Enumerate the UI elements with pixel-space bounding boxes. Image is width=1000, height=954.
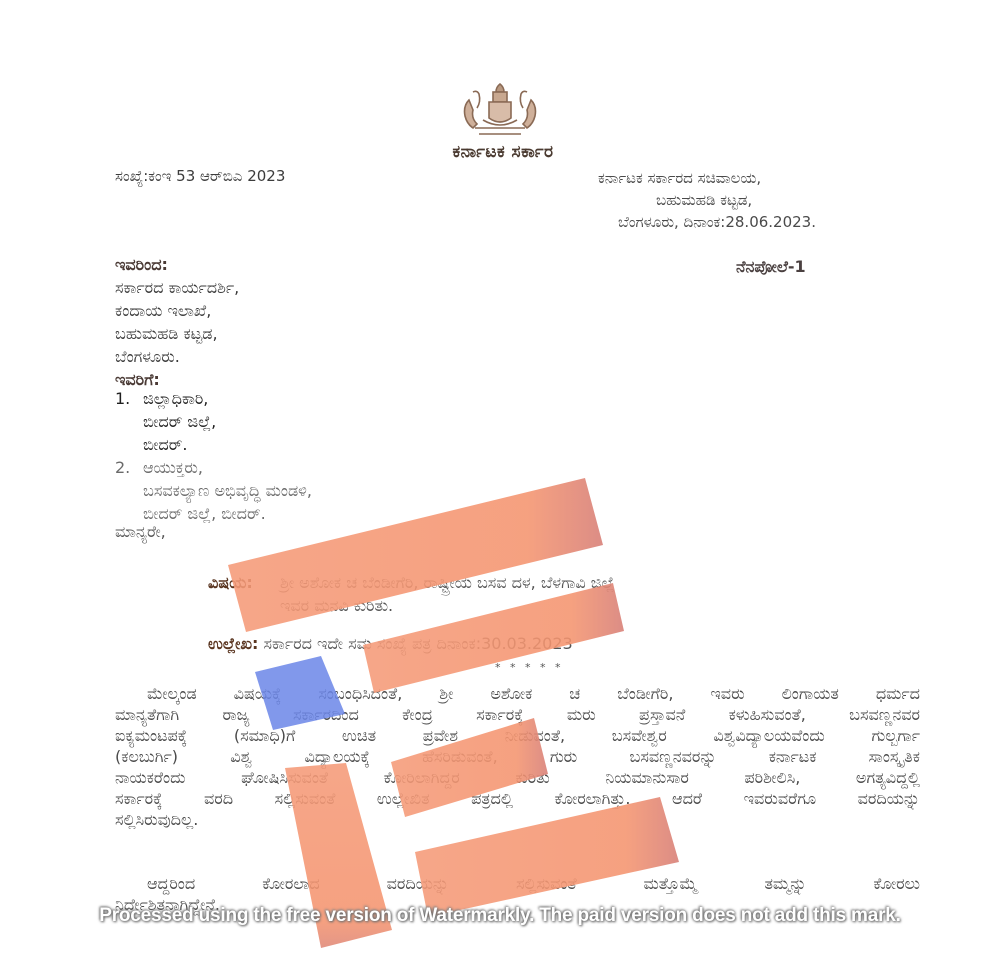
closing-word: ವರದಿಯನ್ನು	[387, 873, 449, 894]
subject-line: ಇವರ ಮನವಿ ಕುರಿತು.	[280, 594, 614, 617]
salutation: ಮಾನ್ಯರೇ,	[115, 522, 166, 542]
body-line: ಮೇಲ್ಕಂಡ ವಿಷಯಕ್ಕೆ ಸಂಬಂಧಿಸಿದಂತೆ, ಶ್ರೀ ಅಶೋಕ…	[115, 683, 920, 704]
address-line: ಬಹುಮಹಡಿ ಕಟ್ಟಡ,	[598, 189, 816, 211]
recipient-line: ಬೀದರ್ ಜಿಲ್ಲೆ, ಬೀದರ್.	[143, 502, 312, 525]
closing-word: ಕೋರಲು	[873, 873, 920, 894]
body-line: ಮಾನ್ಯತೆಗಾಗಿ ರಾಜ್ಯ ಸರ್ಕಾರದಿಂದ ಕೇಂದ್ರ ಸರ್ಕ…	[115, 704, 920, 725]
recipient-item: 1. ಜಿಲ್ಲಾಧಿಕಾರಿ, ಬೀದರ್ ಜಿಲ್ಲೆ, ಬೀದರ್.	[115, 387, 312, 456]
recipient-line: ಬೀದರ್ ಜಿಲ್ಲೆ,	[143, 410, 216, 433]
document-page: ಕರ್ನಾಟಕ ಸರ್ಕಾರ ಸಂಖ್ಯೆ:ಕಂಇ 53 ಆರ್‌ಬಿಎ 202…	[0, 0, 1000, 954]
annexure-label: ನೆನಪೋಲೆ-1	[736, 257, 806, 277]
address-line-date: ಬೆಂಗಳೂರು, ದಿನಾಂಕ:28.06.2023.	[598, 211, 816, 233]
reference-number: ಸಂಖ್ಯೆ:ಕಂಇ 53 ಆರ್‌ಬಿಎ 2023	[115, 167, 285, 185]
from-line: ಕಂದಾಯ ಇಲಾಖೆ,	[115, 299, 239, 322]
closing-word: ಆದ್ದರಿಂದ	[147, 873, 195, 894]
body-line: ನಾಯಕರೆಂದು ಘೋಷಿಸಿಸುವಂತೆ ಕೋರಿಲಾಗಿದ್ದರ ಕುರಿ…	[115, 767, 920, 788]
reference-text: ಸರ್ಕಾರದ ಇದೇ ಸಮ ಸಂಖ್ಯೆ ಪತ್ರ ದಿನಾಂಕ:30.03.…	[263, 634, 572, 653]
recipient-line: ಬಸವಕಲ್ಯಾಣ ಅಭಿವೃದ್ಧಿ ಮಂಡಳಿ,	[143, 479, 312, 502]
watermark-text: Processed using the free version of Wate…	[0, 905, 1000, 927]
sender-address: ಕರ್ನಾಟಕ ಸರ್ಕಾರದ ಸಚಿವಾಲಯ, ಬಹುಮಹಡಿ ಕಟ್ಟಡ, …	[598, 167, 816, 233]
from-line: ಸರ್ಕಾರದ ಕಾರ್ಯದರ್ಶಿ,	[115, 276, 239, 299]
from-line: ಬಹುಮಹಡಿ ಕಟ್ಟಡ,	[115, 322, 239, 345]
karnataka-emblem-icon	[455, 80, 545, 142]
address-line: ಕರ್ನಾಟಕ ಸರ್ಕಾರದ ಸಚಿವಾಲಯ,	[598, 167, 816, 189]
body-paragraph: ಮೇಲ್ಕಂಡ ವಿಷಯಕ್ಕೆ ಸಂಬಂಧಿಸಿದಂತೆ, ಶ್ರೀ ಅಶೋಕ…	[115, 683, 920, 830]
recipient-line: ಬೀದರ್.	[143, 433, 216, 456]
recipient-list: 1. ಜಿಲ್ಲಾಧಿಕಾರಿ, ಬೀದರ್ ಜಿಲ್ಲೆ, ಬೀದರ್. 2.…	[115, 387, 312, 525]
subject-block: ವಿಷಯ: ಶ್ರೀ ಅಶೋಕ ಚ ಬೆಂಡೀಗೆರಿ, ರಾಷ್ಟ್ರೀಯ ಬ…	[208, 571, 614, 617]
reference-block: ಉಲ್ಲೇಖ: ಸರ್ಕಾರದ ಇದೇ ಸಮ ಸಂಖ್ಯೆ ಪತ್ರ ದಿನಾಂ…	[208, 634, 573, 654]
body-line: ಐಕ್ಯಮಂಟಪಕ್ಕೆ (ಸಮಾಧಿ)ಗೆ ಉಚಿತ ಪ್ರವೇಶ ನೀಡುವ…	[115, 725, 920, 746]
from-heading: ಇವರಿಂದ:	[115, 253, 239, 276]
closing-word: ಮತ್ತೊಮ್ಮೆ	[644, 873, 698, 894]
subject-label: ವಿಷಯ:	[208, 571, 280, 617]
reference-label: ಉಲ್ಲೇಖ:	[208, 634, 258, 653]
body-line: ಸರ್ಕಾರಕ್ಕೆ ವರದಿ ಸಲ್ಲಿಸುವಂತೆ ಉಲ್ಲೇಖಿತ ಪತ್…	[115, 788, 920, 809]
closing-line: ಆದ್ದರಿಂದ ಕೋರಲಾದ ವರದಿಯನ್ನು ಸಲ್ಲಿಸುವಂತೆ ಮತ…	[115, 873, 920, 894]
closing-word: ತಮ್ಮನ್ನು	[764, 873, 806, 894]
from-block: ಇವರಿಂದ: ಸರ್ಕಾರದ ಕಾರ್ಯದರ್ಶಿ, ಕಂದಾಯ ಇಲಾಖೆ,…	[115, 253, 239, 391]
recipient-item: 2. ಆಯುಕ್ತರು, ಬಸವಕಲ್ಯಾಣ ಅಭಿವೃದ್ಧಿ ಮಂಡಳಿ, …	[115, 456, 312, 525]
recipient-line: ಜಿಲ್ಲಾಧಿಕಾರಿ,	[143, 387, 216, 410]
body-line: ಸಲ್ಲಿಸಿರುವುದಿಲ್ಲ.	[115, 809, 920, 830]
from-line: ಬೆಂಗಳೂರು.	[115, 345, 239, 368]
closing-word: ಕೋರಲಾದ	[262, 873, 319, 894]
body-line: (ಕಲಬುರ್ಗಿ) ವಿಶ್ವ ವಿದ್ಯಾಲಯಕ್ಕೆ ಹೆಸರಿಡುವಂತ…	[115, 746, 920, 767]
recipient-line: ಆಯುಕ್ತರು,	[143, 456, 312, 479]
recipient-number: 1.	[115, 387, 143, 456]
recipient-number: 2.	[115, 456, 143, 525]
closing-word: ಸಲ್ಲಿಸುವಂತೆ	[516, 873, 577, 894]
separator-stars: * * * * *	[495, 661, 564, 674]
subject-line: ಶ್ರೀ ಅಶೋಕ ಚ ಬೆಂಡೀಗೆರಿ, ರಾಷ್ಟ್ರೀಯ ಬಸವ ದಳ,…	[280, 571, 614, 594]
government-name: ಕರ್ನಾಟಕ ಸರ್ಕಾರ	[418, 142, 588, 162]
